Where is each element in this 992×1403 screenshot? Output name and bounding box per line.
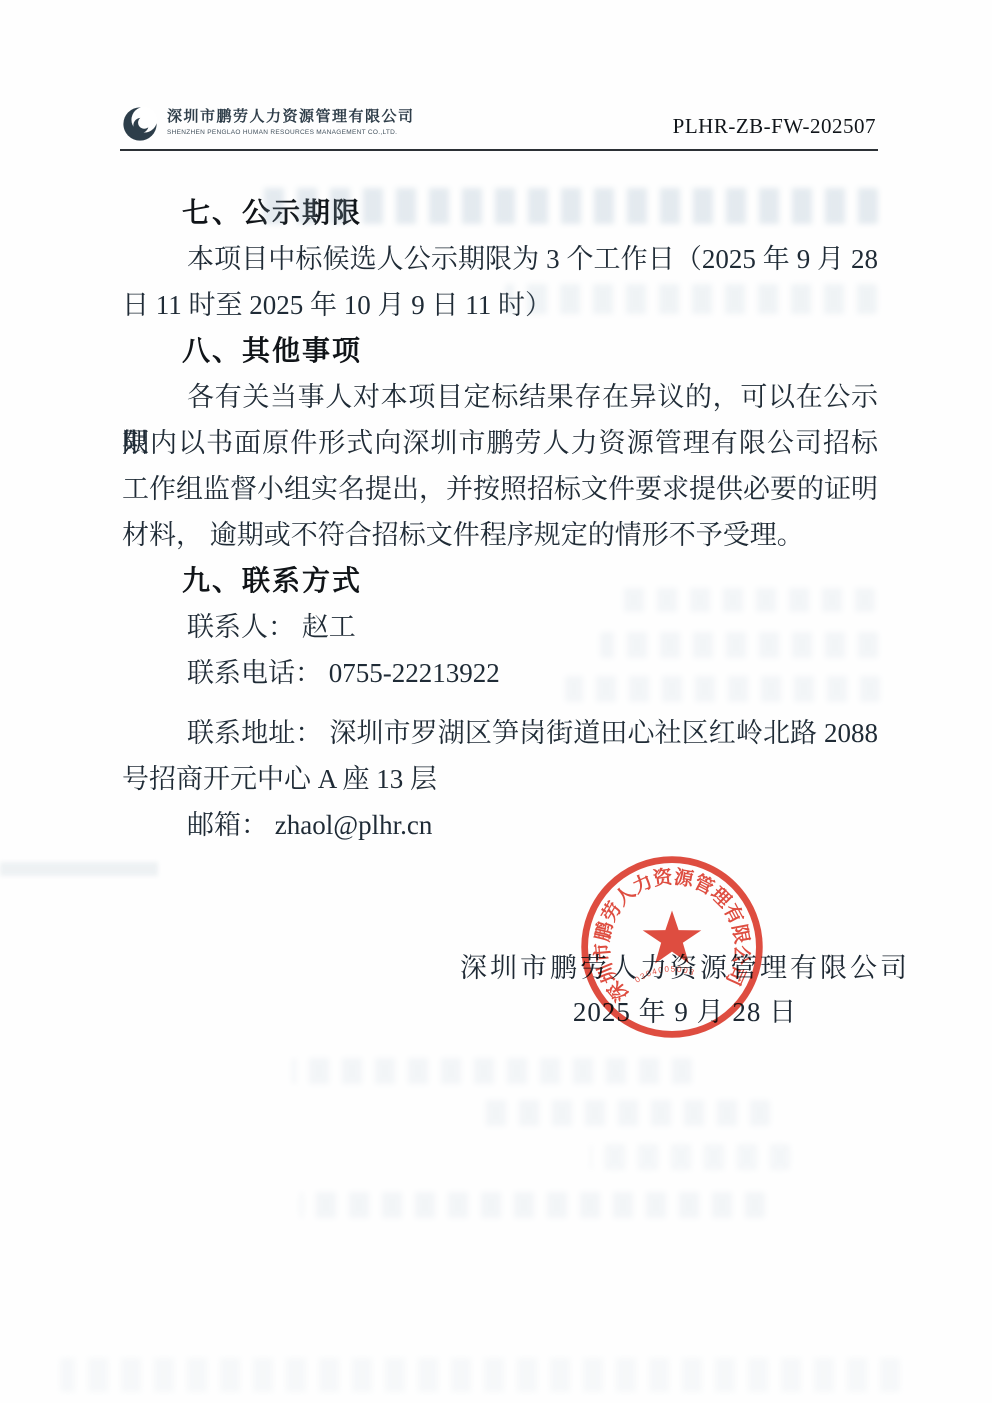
body-line: 各有关当事人对本项目定标结果存在异议的，可以在公示期 [122, 374, 878, 420]
document-page: 深圳市鹏劳人力资源管理有限公司 SHENZHEN PENGLAO HUMAN R… [0, 0, 992, 1403]
bleedthrough-ghost [590, 1144, 790, 1170]
logo-company-name: 深圳市鹏劳人力资源管理有限公司 [167, 107, 415, 126]
contact-address-line-2: 号招商开元中心 A 座 13 层 [122, 756, 878, 802]
seal-serial-number: 0304005008 [633, 965, 696, 985]
section-heading: 八、其他事项 [122, 328, 878, 374]
bleedthrough-ghost [565, 676, 880, 702]
contact-email-line: 邮箱： zhaol@plhr.cn [122, 802, 878, 848]
header-divider [120, 149, 878, 151]
company-seal-graphic: 深圳市鹏劳人力资源管理有限公司 0304005008 [576, 851, 768, 1043]
scan-artifact [0, 862, 158, 876]
company-seal-stamp: 深圳市鹏劳人力资源管理有限公司 0304005008 [576, 851, 768, 1043]
body-line: 工作组监督小组实名提出，并按照招标文件要求提供必要的证明 [122, 466, 878, 512]
bleedthrough-ghost [60, 1358, 900, 1392]
contact-address-line: 联系地址： 深圳市罗湖区笋岗街道田心社区红岭北路 2088 [122, 710, 878, 756]
body-line: 限内以书面原件形式向深圳市鹏劳人力资源管理有限公司招标 [122, 420, 878, 466]
bleedthrough-ghost [258, 188, 878, 224]
bleedthrough-ghost [480, 1100, 770, 1126]
bleedthrough-ghost [292, 1058, 692, 1084]
bleedthrough-ghost [620, 588, 875, 612]
company-logo-icon [121, 105, 159, 143]
logo-text-block: 深圳市鹏劳人力资源管理有限公司 SHENZHEN PENGLAO HUMAN R… [167, 105, 415, 136]
letterhead: 深圳市鹏劳人力资源管理有限公司 SHENZHEN PENGLAO HUMAN R… [121, 105, 415, 143]
bleedthrough-ghost [600, 632, 878, 658]
document-number: PLHR-ZB-FW-202507 [673, 114, 876, 139]
logo-company-name-en: SHENZHEN PENGLAO HUMAN RESOURCES MANAGEM… [167, 129, 415, 136]
bleedthrough-ghost [505, 284, 877, 314]
seal-star-icon [643, 911, 702, 964]
body-line: 材料， 逾期或不符合招标文件程序规定的情形不予受理。 [122, 512, 878, 558]
bleedthrough-ghost [300, 1192, 765, 1218]
body-line: 本项目中标候选人公示期限为 3 个工作日（2025 年 9 月 28 [122, 236, 878, 282]
svg-text:0304005008: 0304005008 [633, 965, 696, 985]
